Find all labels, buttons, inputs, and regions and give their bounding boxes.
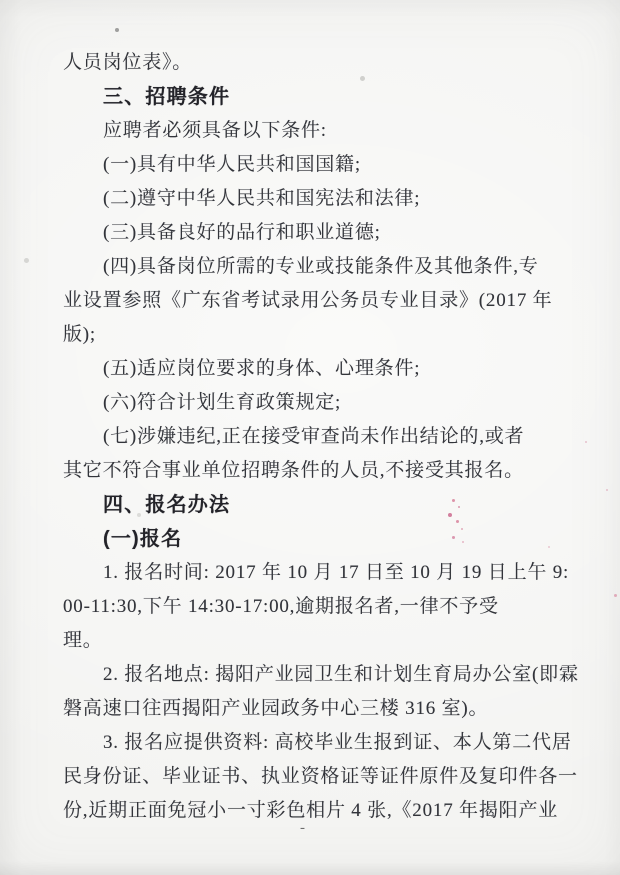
text-line: 2. 报名地点: 揭阳产业园卫生和计划生育局办公室(即霖 bbox=[63, 658, 563, 692]
text-line: (四)具备岗位所需的专业或技能条件及其他条件,专 bbox=[63, 250, 563, 284]
scan-speck-faint bbox=[24, 258, 29, 263]
heading-line: 四、报名办法 bbox=[63, 488, 563, 522]
ink-stain-pink bbox=[614, 594, 617, 597]
ink-stain-pink bbox=[585, 441, 587, 443]
text-line: 3. 报名应提供资料: 高校毕业生报到证、本人第二代居 bbox=[63, 726, 563, 760]
text-line: (三)具备良好的品行和职业道德; bbox=[63, 216, 563, 250]
text-line: 业设置参照《广东省考试录用公务员专业目录》(2017 年 bbox=[63, 284, 563, 318]
text-line: (二)遵守中华人民共和国宪法和法律; bbox=[63, 182, 563, 216]
text-line: 其它不符合事业单位招聘条件的人员,不接受其报名。 bbox=[63, 454, 563, 488]
text-line: (五)适应岗位要求的身体、心理条件; bbox=[63, 352, 563, 386]
scanned-document-page: 人员岗位表》。三、招聘条件应聘者必须具备以下条件:(一)具有中华人民共和国国籍;… bbox=[0, 0, 620, 875]
text-line: 应聘者必须具备以下条件: bbox=[63, 114, 563, 148]
text-line: 磐高速口往西揭阳产业园政务中心三楼 316 室)。 bbox=[63, 692, 563, 726]
text-line: 00-11:30,下午 14:30-17:00,逾期报名者,一律不予受 bbox=[63, 590, 563, 624]
text-line: 1. 报名时间: 2017 年 10 月 17 日至 10 月 19 日上午 9… bbox=[63, 556, 563, 590]
text-line: 份,近期正面免冠小一寸彩色相片 4 张,《2017 年揭阳产业 bbox=[63, 794, 563, 828]
scan-speck-dark bbox=[115, 28, 119, 32]
heading-line: (一)报名 bbox=[63, 522, 563, 556]
text-line: (一)具有中华人民共和国国籍; bbox=[63, 148, 563, 182]
heading-line: 三、招聘条件 bbox=[63, 80, 563, 114]
text-line: 版); bbox=[63, 318, 563, 352]
text-line: 理。 bbox=[63, 624, 563, 658]
text-line: (七)涉嫌违纪,正在接受审查尚未作出结论的,或者 bbox=[63, 420, 563, 454]
ink-stain-pink bbox=[606, 489, 608, 491]
text-line: (六)符合计划生育政策规定; bbox=[63, 386, 563, 420]
document-body: 人员岗位表》。三、招聘条件应聘者必须具备以下条件:(一)具有中华人民共和国国籍;… bbox=[63, 46, 563, 828]
page-footer-mark: - bbox=[300, 820, 305, 837]
text-line: 人员岗位表》。 bbox=[63, 46, 563, 80]
text-line: 民身份证、毕业证书、执业资格证等证件原件及复印件各一 bbox=[63, 760, 563, 794]
